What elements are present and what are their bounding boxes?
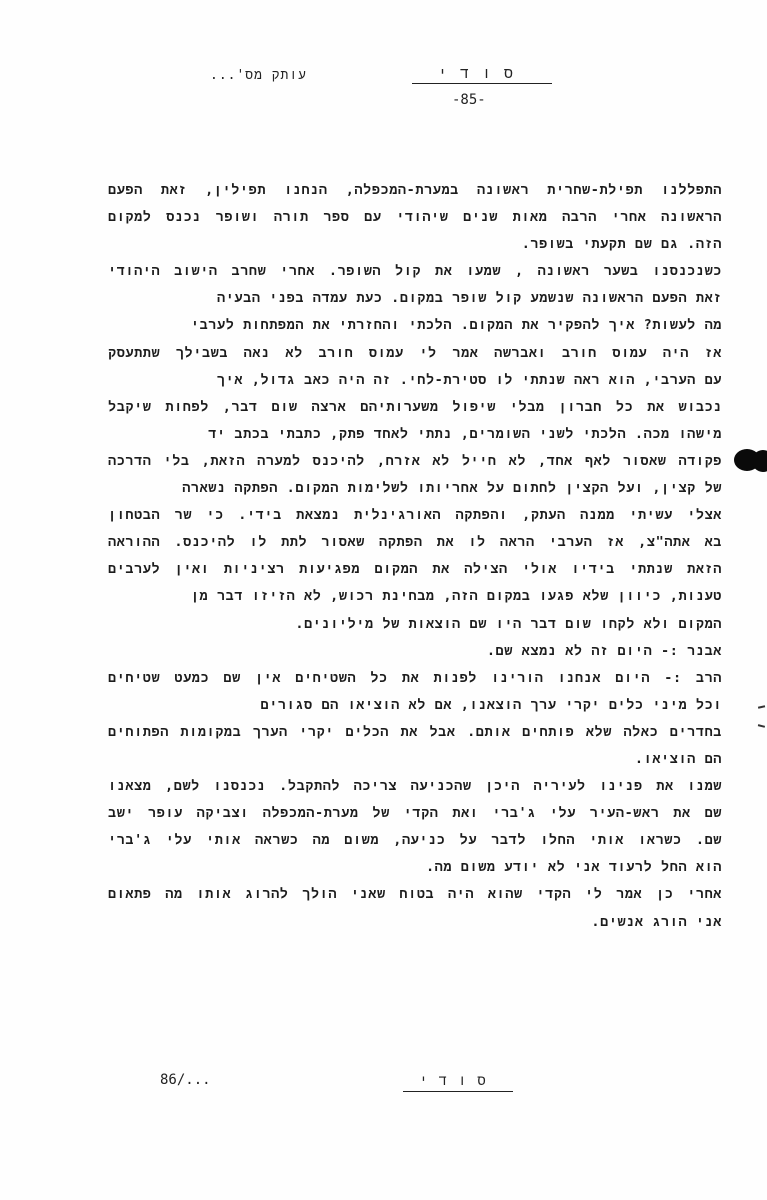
document-page: סודי עותק מס'... -85- התפללנו תפילת-שחרי… xyxy=(0,0,767,1200)
text-line: הזה. גם שם תקעתי בשופר. xyxy=(108,231,722,258)
text-line: הוא החל לרעוד אני לא יודע משום מה. xyxy=(108,854,722,881)
text-line: אני הורג אנשים. xyxy=(108,909,722,936)
page-number: -85- xyxy=(452,92,486,108)
text-line: הרב :- היום אנחנו הורינו לפנות את כל השט… xyxy=(108,665,722,692)
text-line: המקום ולא לקחו שום דבר היו שם הוצאות של … xyxy=(108,611,722,638)
classification-stamp-top: סודי xyxy=(412,64,552,84)
text-line: התפללנו תפילת-שחרית ראשונה במערת-המכפלה,… xyxy=(108,177,722,204)
classification-stamp-bottom: סודי xyxy=(403,1072,513,1092)
text-line: בא אתה"צ, אז הערבי הראה לו את הפתקה שאסו… xyxy=(108,529,722,556)
text-line: זאת הפעם הראשונה שנשמע קול שופר במקום. כ… xyxy=(108,285,722,312)
text-line: פקודה שאסור לאף אחד, לא חייל לא אזרח, לה… xyxy=(108,448,722,475)
text-line: בחדרים כאלה שלא פותחים אותם. אבל את הכלי… xyxy=(108,719,722,746)
document-body: התפללנו תפילת-שחרית ראשונה במערת-המכפלה,… xyxy=(108,177,722,936)
text-line: שם. כשראו אותי החלו לדבר על כניעה, משום … xyxy=(108,827,722,854)
text-line: נכבוש את כל חברון מבלי שיפול משערותיהם א… xyxy=(108,394,722,421)
text-line: אבנר :- היום זה לא נמצא שם. xyxy=(108,638,722,665)
text-line: מישהו מכה. הלכתי לשני השומרים, נתתי לאחד… xyxy=(108,421,722,448)
ink-blot-mark xyxy=(734,447,767,473)
text-line: שמנו את פנינו לעיריה היכן שהכניעה צריכה … xyxy=(108,773,722,800)
text-line: שם את ראש-העיר עלי ג'ברי ואת הקדי של מער… xyxy=(108,800,722,827)
text-line: עם הערבי, הוא ראה שנתתי לו סטירת-לחי. זה… xyxy=(108,367,722,394)
text-line: הראשונה אחרי הרבה מאות שנים שיהודי עם ספ… xyxy=(108,204,722,231)
text-line: של קצין, ועל הקצין לחתום על אחריותו לשלי… xyxy=(108,475,722,502)
text-line: אצלי עשיתי ממנה העתק, והפתקה האורגינלית … xyxy=(108,502,722,529)
text-line: הזאת שנתתי בידיו אולי הצילה את המקום מפג… xyxy=(108,556,722,583)
text-line: וכל מיני כלים יקרי ערך הוצאנו, אם לא הוצ… xyxy=(108,692,722,719)
text-line: כשנכנסנו בשער ראשונה , שמעו את קול השופר… xyxy=(108,258,722,285)
copy-number: עותק מס'... xyxy=(210,68,307,83)
margin-mark xyxy=(758,724,765,727)
margin-mark xyxy=(758,705,765,708)
continuation-note: 86/... xyxy=(160,1072,211,1088)
text-line: אחרי כן אמר לי הקדי שהוא היה בטוח שאני ה… xyxy=(108,881,722,908)
text-line: טענות, כיוון שלא פגעו במקום הזה, מבחינת … xyxy=(108,583,722,610)
text-line: מה לעשות? איך להפקיר את המקום. הלכתי והח… xyxy=(108,312,722,339)
text-line: אז היה עמוס חורב ואברשה אמר לי עמוס חורב… xyxy=(108,340,722,367)
text-line: הם הוציאו. xyxy=(108,746,722,773)
